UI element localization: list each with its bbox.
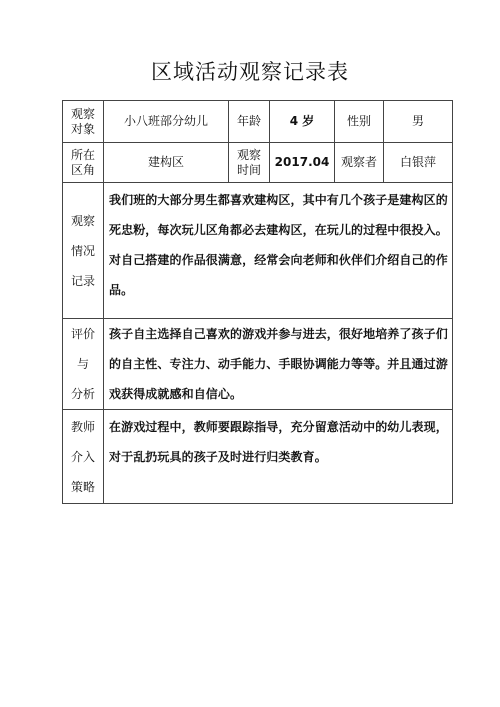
area-label-line-1: 所在 [63,148,103,163]
evaluation-label-line-1: 评价 [63,319,103,349]
intervention-text: 在游戏过程中，教师要跟踪指导，充分留意活动中的幼儿表现，对于乱扔玩具的孩子及时进… [104,410,453,504]
observer-label: 观察者 [335,143,384,183]
observation-label-line-2: 情况 [63,236,103,266]
evaluation-label-line-2: 与 [63,349,103,379]
observation-label-line-3: 记录 [63,266,103,296]
observation-text: 我们班的大部分男生都喜欢建构区，其中有几个孩子是建构区的死忠粉，每次玩儿区角都必… [104,183,453,319]
gender-value: 男 [384,101,453,143]
observation-record-table: 观察 对象 小八班部分幼儿 年龄 4 岁 性别 男 所在 区角 建构区 观察 时… [62,100,453,504]
table-row-intervention: 教师 介入 策略 在游戏过程中，教师要跟踪指导，充分留意活动中的幼儿表现，对于乱… [63,410,453,504]
table-row-area: 所在 区角 建构区 观察 时间 2017.04 观察者 白银萍 [63,143,453,183]
subject-label-cell: 观察 对象 [63,101,104,143]
table-row-subject: 观察 对象 小八班部分幼儿 年龄 4 岁 性别 男 [63,101,453,143]
area-label-cell: 所在 区角 [63,143,104,183]
age-value: 4 岁 [270,101,335,143]
time-value: 2017.04 [270,143,335,183]
page-title: 区域活动观察记录表 [0,56,500,86]
time-label-cell: 观察 时间 [229,143,270,183]
evaluation-label-cell: 评价 与 分析 [63,319,104,410]
area-label-line-2: 区角 [63,163,103,178]
table-row-evaluation: 评价 与 分析 孩子自主选择自己喜欢的游戏并参与进去，很好地培养了孩子们的自主性… [63,319,453,410]
area-value: 建构区 [104,143,229,183]
observation-label-cell: 观察 情况 记录 [63,183,104,319]
intervention-label-line-3: 策略 [63,472,103,502]
time-label-line-1: 观察 [229,148,269,163]
intervention-label-cell: 教师 介入 策略 [63,410,104,504]
intervention-label-line-1: 教师 [63,412,103,442]
evaluation-label-line-3: 分析 [63,379,103,409]
time-label-line-2: 时间 [229,163,269,178]
subject-label-line-1: 观察 [63,107,103,122]
subject-value: 小八班部分幼儿 [104,101,229,143]
evaluation-text: 孩子自主选择自己喜欢的游戏并参与进去，很好地培养了孩子们的自主性、专注力、动手能… [104,319,453,410]
observer-value: 白银萍 [384,143,453,183]
gender-label: 性别 [335,101,384,143]
age-label: 年龄 [229,101,270,143]
subject-label-line-2: 对象 [63,122,103,137]
intervention-label-line-2: 介入 [63,442,103,472]
table-row-observation: 观察 情况 记录 我们班的大部分男生都喜欢建构区，其中有几个孩子是建构区的死忠粉… [63,183,453,319]
observation-label-line-1: 观察 [63,206,103,236]
